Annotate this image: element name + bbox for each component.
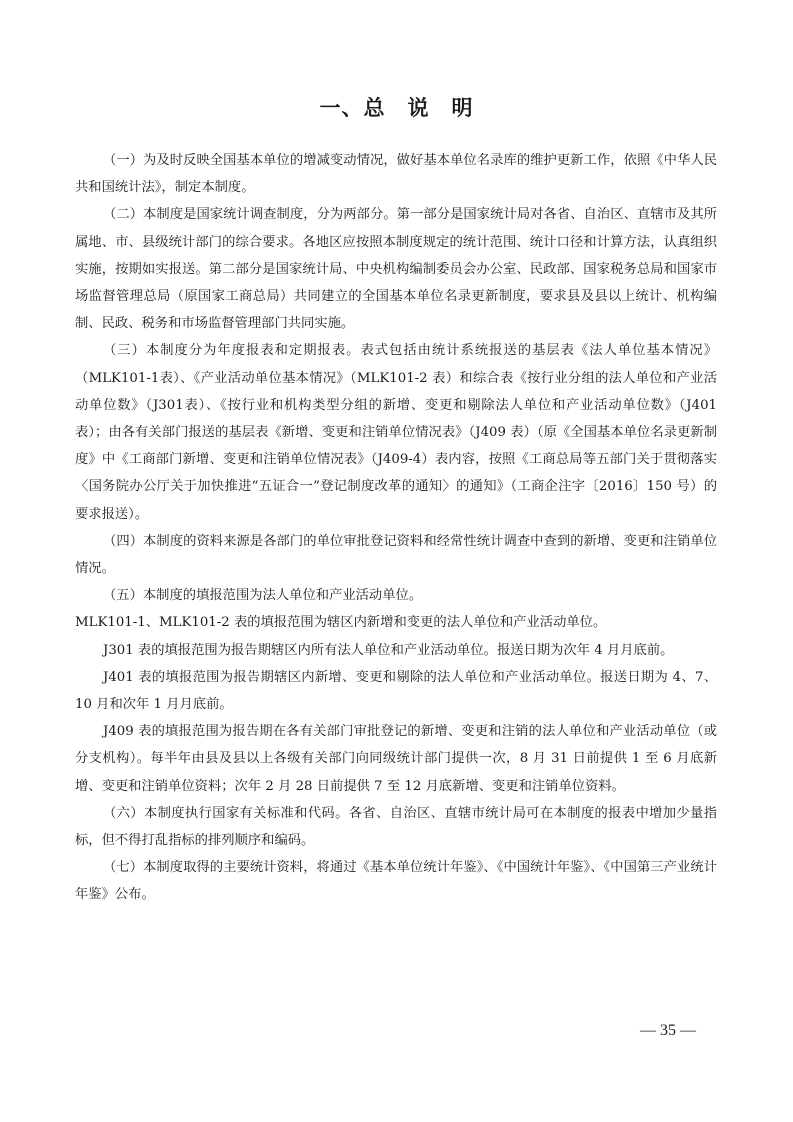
document-body: （一）为及时反映全国基本单位的增减变动情况，做好基本单位名录库的维护更新工作，依… — [75, 147, 717, 909]
paragraph-5: （五）本制度的填报范围为法人单位和产业活动单位。 — [75, 582, 717, 609]
paragraph-4: （四）本制度的资料来源是各部门的单位审批登记资料和经常性统计调查中查到的新增、变… — [75, 528, 717, 582]
paragraph-j401-scope: J401 表的填报范围为报告期辖区内新增、变更和剔除的法人单位和产业活动单位。报… — [75, 664, 717, 718]
page-title: 一、总 说 明 — [0, 92, 793, 122]
paragraph-j409-scope: J409 表的填报范围为报告期在各有关部门审批登记的新增、变更和注销的法人单位和… — [75, 718, 717, 800]
paragraph-7: （七）本制度取得的主要统计资料，将通过《基本单位统计年鉴》、《中国统计年鉴》、《… — [75, 854, 717, 908]
paragraph-mlk101-scope: MLK101-1、MLK101-2 表的填报范围为辖区内新增和变更的法人单位和产… — [75, 609, 717, 636]
paragraph-j301-scope: J301 表的填报范围为报告期辖区内所有法人单位和产业活动单位。报送日期为次年 … — [75, 637, 717, 664]
paragraph-6: （六）本制度执行国家有关标准和代码。各省、自治区、直辖市统计局可在本制度的报表中… — [75, 800, 717, 854]
paragraph-2: （二）本制度是国家统计调查制度，分为两部分。第一部分是国家统计局对各省、自治区、… — [75, 201, 717, 337]
page-number: — 35 — — [640, 1022, 696, 1040]
paragraph-1: （一）为及时反映全国基本单位的增减变动情况，做好基本单位名录库的维护更新工作，依… — [75, 147, 717, 201]
paragraph-3: （三）本制度分为年度报表和定期报表。表式包括由统计系统报送的基层表《法人单位基本… — [75, 337, 717, 527]
